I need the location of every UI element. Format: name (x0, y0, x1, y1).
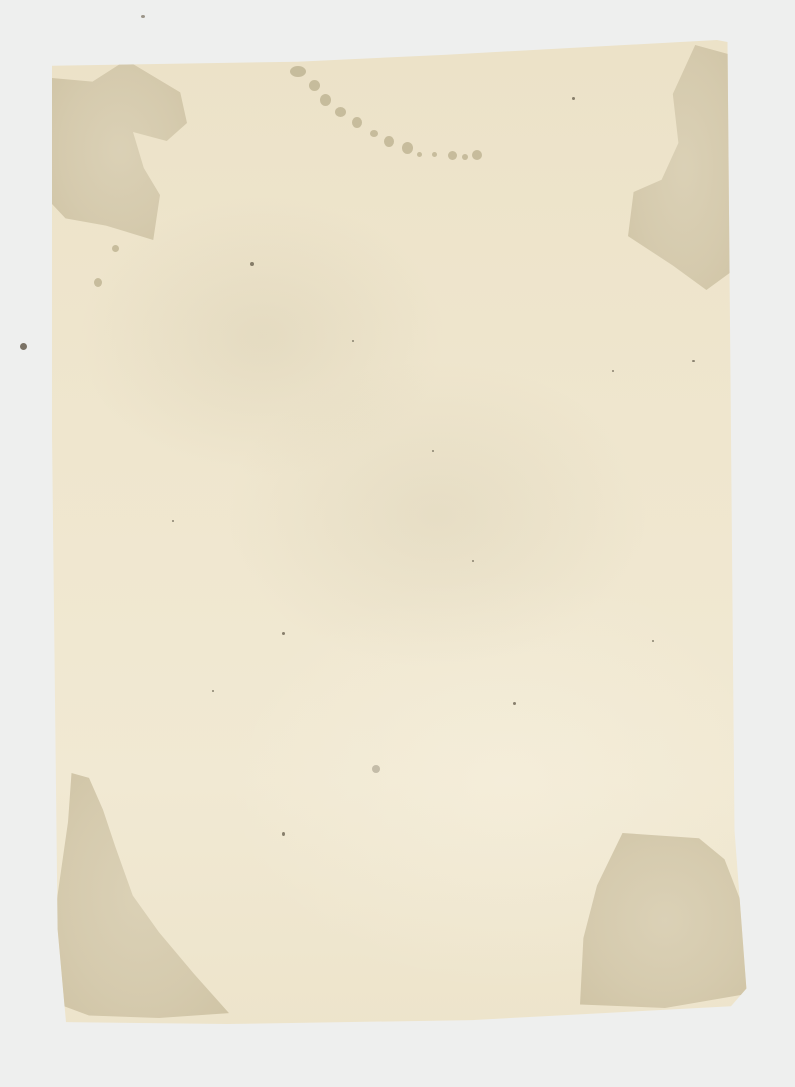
torn-corner-top-left (52, 60, 187, 240)
background-speck (20, 343, 27, 350)
background-speck (141, 15, 145, 18)
torn-corner-top-right (628, 45, 740, 290)
torn-corner-bottom-right (580, 833, 750, 1008)
torn-corner-bottom-left (54, 773, 229, 1018)
aged-paper-card (52, 40, 752, 1028)
